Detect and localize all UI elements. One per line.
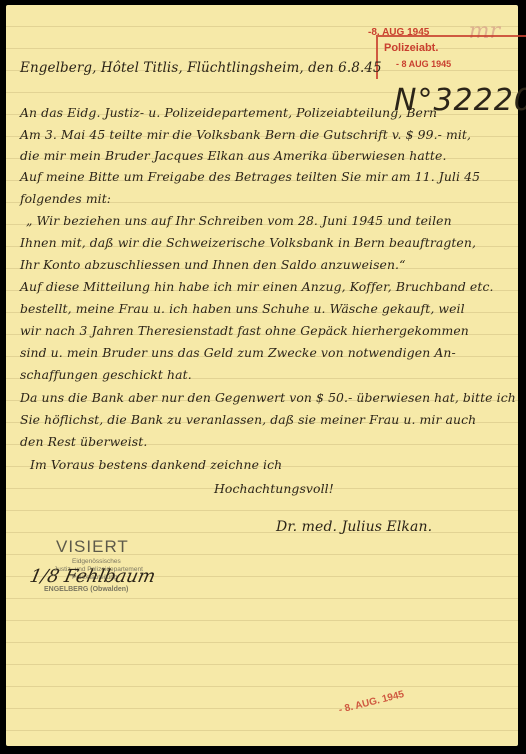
letter-addressee: An das Eidg. Justiz- u. Polizeideparteme… (20, 105, 437, 120)
body-line-quote: Ihr Konto abzuschliessen und Ihnen den S… (20, 257, 406, 272)
body-line: Sie höflichst, die Bank zu veranlassen, … (20, 412, 476, 427)
body-line: Auf meine Bitte um Freigabe des Betrages… (20, 169, 480, 184)
body-line: wir nach 3 Jahren Theresienstadt fast oh… (20, 323, 469, 338)
visiert-initials: 1/8 Fehlbaum (28, 566, 158, 587)
body-line-quote: Ihnen mit, daß wir die Schweizerische Vo… (20, 235, 476, 250)
visiert-stamp-line: ENGELBERG (Obwalden) (44, 586, 128, 593)
letter-signature: Dr. med. Julius Elkan. (276, 519, 432, 535)
body-line: sind u. mein Bruder uns das Geld zum Zwe… (20, 345, 456, 360)
bottom-date-stamp: - 8. AUG. 1945 (338, 689, 406, 716)
body-line: Im Voraus bestens dankend zeichne ich (30, 457, 282, 472)
body-line: folgendes mit: (20, 191, 111, 206)
body-line: Auf diese Mitteilung hin habe ich mir ei… (20, 279, 494, 294)
letter-closing: Hochachtungsvoll! (214, 481, 334, 496)
letter-page: mr -8. AUG 1945 Polizeiabt. - 8 AUG 1945… (6, 5, 518, 746)
letter-place-date: Engelberg, Hôtel Titlis, Flüchtlingsheim… (20, 60, 382, 76)
body-line: schaffungen geschickt hat. (20, 367, 192, 382)
visiert-stamp-line: Eidgenössisches (72, 558, 121, 565)
body-line-quote: „ Wir beziehen uns auf Ihr Schreiben vom… (26, 213, 452, 228)
body-line: die mir mein Bruder Jacques Elkan aus Am… (20, 148, 447, 163)
body-line: Da uns die Bank aber nur den Gegenwert v… (20, 390, 516, 405)
body-line: den Rest überweist. (20, 434, 147, 449)
visiert-stamp-title: VISIERT (56, 537, 129, 557)
police-division-stamp-label: Polizeiabt. (384, 42, 438, 54)
body-line: bestellt, meine Frau u. ich haben uns Sc… (20, 301, 465, 316)
police-division-stamp-date: - 8 AUG 1945 (396, 59, 451, 69)
body-line: Am 3. Mai 45 teilte mir die Volksbank Be… (20, 127, 471, 142)
